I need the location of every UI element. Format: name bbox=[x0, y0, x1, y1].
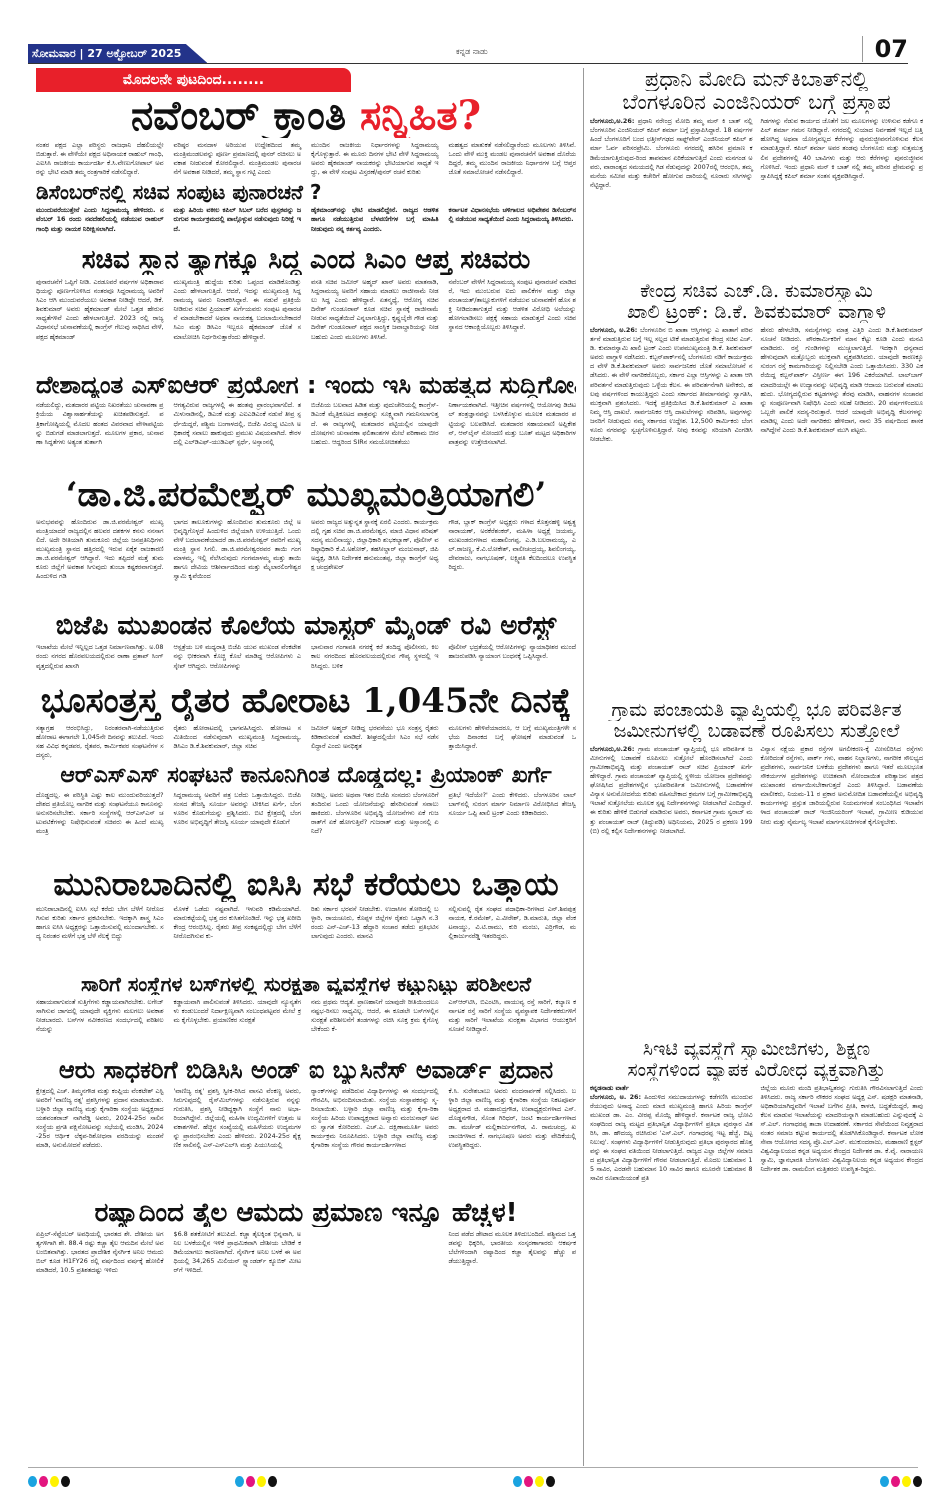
registration-marks-mid bbox=[513, 1476, 555, 1488]
article-column: ಮತ್ತು ಹಿರಿಯ ವಕೀಲ ಕಪಿಲ್ ಸಿಬಲ್ ಬರೆದ ಪುಸ್ತಕ… bbox=[174, 206, 302, 242]
article-column: ವಸತಿ ಸಚಿವ ಜಮೀರ್ ಅಹ್ಮದ್ ಖಾನ್ ಅವರು ಮಾತನಾಡಿ… bbox=[311, 278, 439, 368]
story-headline-line: ಕೇಂದ್ರ ಸಚಿವ ಎಚ್.ಡಿ. ಕುಮಾರಸ್ವಾಮಿ bbox=[590, 281, 923, 302]
story-headline-line: ಪ್ರಧಾನಿ ಮೋದಿ ಮನ್‌ಕಿಬಾತ್‌ನಲ್ಲಿ bbox=[590, 68, 923, 91]
story-parameshwar-cm: ‘ಡಾ.ಜಿ.ಪರಮೇಶ್ವರ್ ಮುಖ್ಯಮಂತ್ರಿಯಾಗಲಿ’ ಅನುಭವ… bbox=[36, 477, 576, 607]
article-column: ನಮ ಪ್ರಥಮ ಆದ್ಯತೆ. ಪ್ರಾಣಹಾನಿಗೆ ಯಾವುದೇ ರೀತಿ… bbox=[311, 998, 439, 1053]
story-dk-hdk: ಕೇಂದ್ರ ಸಚಿವ ಎಚ್.ಡಿ. ಕುಮಾರಸ್ವಾಮಿ ಖಾಲಿ ಟ್ರ… bbox=[590, 281, 923, 696]
article-column: ಹೆಸರು ಹೇಳಬೇಡಿ, ಸಮಸ್ಯೆಗಳನ್ನು ಮಾತ್ರ ಎತ್ತಿರ… bbox=[761, 326, 924, 696]
story-body: ಸತ್ಯಾಗ್ರಹ ಆರಂಭಿಸಿದ್ದು, ನಿರಂತರವಾಗಿ-ನಡೆಯುತ… bbox=[36, 724, 576, 760]
magenta-dot-icon bbox=[524, 1476, 533, 1487]
article-column: ಕ್ಷೇತ್ರದಲ್ಲಿ ಎಚ್. ತಿಮ್ಮನಗೌಡ ಮತ್ತು ಕಂಪ್ಲಿ… bbox=[36, 1087, 164, 1195]
dateline: ಬೆಂಗಳೂರು,ಅ.26: bbox=[590, 117, 634, 125]
article-column: ಜಮೀರ್ ಅಹ್ಮದ್ ನೀಡಿದ್ದ ಭರವಸೆಯು ಭೂ ಸಂತ್ರಸ್ತ… bbox=[311, 724, 439, 760]
article-column: ನಿಂದ ಪಡೆದ ಡೇಟಾದ ಮೂಲಕ ತಿಳಿದುಬಂದಿದೆ. ಪಶ್ಚಿ… bbox=[449, 1230, 577, 1312]
article-text: ಗ್ರಾಮ ಪಂಚಾಯತ್ ವ್ಯಾಪ್ತಿಯಲ್ಲಿ ಭೂ ಪರಿವರ್ತಿತ… bbox=[590, 745, 753, 835]
black-dot-icon bbox=[268, 1476, 277, 1487]
article-column: ನಿರ್ಣಾಯಕವಾಗಿದೆ. ಇತ್ತೀಚಿನ ವರ್ಷಗಳಲ್ಲಿ ಆಯೋಗ… bbox=[449, 401, 577, 473]
article-column: ಆಸ್ಪತ್ರೆಯ ಬಳಿ ಮಧ್ಯರಾತ್ರಿ ಬಿಜೆಪಿ ಯುವ ಮುಖಂ… bbox=[174, 643, 302, 679]
article-column: ನಡೆಯಲಿದ್ದು, ಮತದಾರರ ಪಟ್ಟಿಯ ನಿಖರತೆಯು ಚುನಾವ… bbox=[36, 401, 164, 473]
article-column: ಮಹತ್ವದ ಮಾತುಕತೆ ನಡೆಸಲಿದ್ದಾರೆಂದು ಮೂಲಗಳು ತಿ… bbox=[449, 141, 577, 177]
story-body: ಪುನಾರಚನೆಗೆ ಒಪ್ಪಿಗೆ ನೀಡಿ. ಎರಡೂವರೆ ವರ್ಷಗಳ … bbox=[36, 278, 576, 368]
article-column: ಹೈಕಮಾಂಡ್‌ನನ್ನು ಭೇಟಿ ಮಾಡಲಿದ್ದೇನೆ. ರಾಜ್ಯದ … bbox=[311, 206, 439, 242]
date-tab: ಸೋಮವಾರ | 27 ಅಕ್ಟೋಬರ್ 2025 bbox=[28, 44, 207, 63]
story-body: ಅನುಭವವನ್ನು ಹೊಂದಿರುವ ಡಾ.ಜಿ.ಪರಮೇಶ್ವರ್ ಮುಖ್… bbox=[36, 518, 576, 608]
yellow-dot-icon bbox=[902, 1476, 911, 1487]
article-column: ಸಿದ್ದರಾಮಯ್ಯ ಅವರಿಗೆ ಪತ್ರ ಬರೆದು ಒತ್ತಾಯಿಸಿದ… bbox=[174, 791, 302, 863]
magenta-dot-icon bbox=[891, 1476, 900, 1487]
story-minister-sacrifice: ಸಚಿವ ಸ್ಥಾನ ತ್ಯಾಗಕ್ಕೂ ಸಿದ್ಧ ಎಂದ ಸಿಎಂ ಆಪ್ತ… bbox=[36, 246, 576, 368]
story-russia-oil: ರಷ್ಯಾದಿಂದ ತೈಲ ಆಮದು ಪ್ರಮಾಣ ಇನ್ನೂ ಹೆಚ್ಚಳ! … bbox=[36, 1199, 576, 1313]
story-headline: ದೇಶಾದ್ಯಂತ ಎಸ್‌ಐಆರ್ ಪ್ರಯೋಗ : ಇಂದು ಇಸಿ ಮಹತ… bbox=[36, 372, 576, 398]
story-munirabad-icc: ಮುನಿರಾಬಾದಿನಲ್ಲಿ ಐಸಿಸಿ ಸಭೆ ಕರೆಯಲು ಒತ್ತಾಯ … bbox=[36, 867, 576, 969]
lead-headline-red: ಸನ್ನಿಹಿತ? bbox=[360, 94, 481, 138]
lead-headline: ನವೆಂಬರ್ ಕ್ರಾಂತಿ ಸನ್ನಿಹಿತ? bbox=[36, 94, 576, 138]
article-column: ಮೂಲಗಳು ಹೇಳಿವೆಯಾದರೂ, ಆ ಬಗ್ಗೆ ಮುಖ್ಯಮಂತ್ರಿಗ… bbox=[449, 724, 577, 760]
story-body: ಬೆಂಗಳೂರು, ಅ.26: ಬೆಂಗಳೂರಿನ ಬಿ ಖಾತಾ ಆಸ್ತಿಗ… bbox=[590, 326, 923, 696]
article-column: ಸಲ್ಲಿಸುವಲ್ಲಿ ರೈತ ಸಂಘದ ಪದಾಧಿಕಾ-ರಿಗಳಾದ ಎನ್… bbox=[449, 905, 577, 969]
article-text: ಹಿಂದುಳಿದ ಸಮುದಾಯಗಳನ್ನು ಕಡೆಗಣಿಸಿ ಮುಂದುವರೆಯ… bbox=[590, 1093, 753, 1183]
story-headline-line: ಬೆಂಗಳೂರಿನ ಎಂಜಿನಿಯರ್ ಬಗ್ಗೆ ಪ್ರಸ್ತಾಪ bbox=[590, 91, 923, 114]
article-column: ನವೆಂಬರ್ ವೇಳೆಗೆ ಸಿದ್ದರಾಮಯ್ಯ ಸಂಪುಟ ಪುನಾರಚನ… bbox=[449, 278, 577, 368]
article-column: ಇಲಾಖೆಯ ಮೇಲೆ ಇನ್ನಿಲ್ಲದ ಒತ್ತಡ ನಿರ್ಮಾಣವಾಗಿತ… bbox=[36, 643, 164, 679]
story-body: ಮುಂದುವರೆಯುತ್ತೇನೆ ಎಂದು ಸಿದ್ದರಾಮಯ್ಯ ಹೇಳಿದರ… bbox=[36, 206, 576, 242]
lead-headline-black: ನವೆಂಬರ್ ಕ್ರಾಂತಿ bbox=[131, 94, 346, 138]
article-column: ಸಹಾಯವಾಗುವಂತೆ ಸುತ್ತಿಗೆಗಳು ಕಡ್ಡಾಯವಾಗಿರಬೇಕು… bbox=[36, 998, 164, 1053]
story-body: ಮುನಿರಾಬಾದಿನಲ್ಲಿ ಐಸಿಸಿ ಸಭೆ ಕರೆದು ಬೇಗ ಬೆಳೆ… bbox=[36, 905, 576, 969]
article-column: ದೊಡ್ಡದಲ್ಲ. ಈ ಪರಿಸ್ಥಿತಿ ಎಷ್ಟು ಕಾಲ ಮುಂದುವರ… bbox=[36, 791, 164, 863]
article-column: ಮುನಿರಾಬಾದಿನಲ್ಲಿ ಐಸಿಸಿ ಸಭೆ ಕರೆದು ಬೇಗ ಬೆಳೆ… bbox=[36, 905, 164, 969]
story-farmers-protest: ಭೂಸಂತ್ರಸ್ತ ರೈತರ ಹೋರಾಟ 1,045ನೇ ದಿನಕ್ಕೆ ಸತ… bbox=[36, 683, 576, 759]
article-column: ಬಿಜೆಪಿಯ ಬಲವಾದ ಹಿಡಿತ ಮತ್ತು ಪುದುಚೇರಿಯಲ್ಲಿ … bbox=[311, 401, 439, 473]
article-column: ಮುಂದುವರೆಯುತ್ತೇನೆ ಎಂದು ಸಿದ್ದರಾಮಯ್ಯ ಹೇಳಿದರ… bbox=[36, 206, 164, 242]
story-body: ಕನ್ನಡನಾಡು ವಾರ್ತೆಬೆಂಗಳೂರು, ಅ. 26: ಹಿಂದುಳಿ… bbox=[590, 1084, 923, 1454]
story-rss-kharge: ಆರ್‌ಎಸ್‌ಎಸ್ ಸಂಘಟನೆ ಕಾನೂನಿಗಿಂತ ದೊಡ್ಡದಲ್ಲ:… bbox=[36, 764, 576, 863]
story-headline: ‘ಡಾ.ಜಿ.ಪರಮೇಶ್ವರ್ ಮುಖ್ಯಮಂತ್ರಿಯಾಗಲಿ’ bbox=[36, 477, 576, 514]
article-text: ಪ್ರಧಾನಿ ನರೇಂದ್ರ ಮೋದಿ ತಮ್ಮ ಮನ್ ಕಿ ಬಾತ್ ನಲ… bbox=[590, 117, 753, 189]
article-column: ರ್‍ಯಾಂಕ್‌ಗಳನ್ನು ಪಡೆದಿರುವ ವಿದ್ಯಾರ್ಥಿಗಳನ್ನ… bbox=[311, 1087, 439, 1195]
article-column: ಬೆಂಗಳೂರು,ಅ.26: ಪ್ರಧಾನಿ ನರೇಂದ್ರ ಮೋದಿ ತಮ್ಮ… bbox=[590, 117, 753, 277]
cyan-dot-icon bbox=[28, 1476, 37, 1487]
registration-marks-center bbox=[235, 1476, 277, 1488]
story-headline: ಭೂಸಂತ್ರಸ್ತ ರೈತರ ಹೋರಾಟ 1,045ನೇ ದಿನಕ್ಕೆ bbox=[36, 683, 576, 720]
story-headline: ಮುನಿರಾಬಾದಿನಲ್ಲಿ ಐಸಿಸಿ ಸಭೆ ಕರೆಯಲು ಒತ್ತಾಯ bbox=[36, 867, 576, 902]
article-column: ಮೊಳಕೆ ಒಡೆದು ನಷ್ಟವಾಗಿದೆ. ಇಳುವರಿ ಕಡಿಮೆಯಾಗಿ… bbox=[174, 905, 302, 969]
lead-body: ನಂತರ ಪಕ್ಷದ ಎಲ್ಲಾ ಪರಿಸ್ಥರು ರಾಜಧಾನಿ ದೆಹಲಿಯ… bbox=[36, 141, 576, 177]
article-column: ರಿತು ಸರ್ಕಾರ ಭರವಸೆ ನೀಡಬೇಕು. ಉದಾಸೀನ ತೋರಿದಲ… bbox=[311, 905, 439, 969]
story-headline-line: ಸಂಸ್ಥೆಗಳಿಂದ ವ್ಯಾಪಕ ವಿರೋಧ ವ್ಯಕ್ತವಾಗಿತ್ತು bbox=[590, 1060, 923, 1081]
right-column: ಪ್ರಧಾನಿ ಮೋದಿ ಮನ್‌ಕಿಬಾತ್‌ನಲ್ಲಿ ಬೆಂಗಳೂರಿನ … bbox=[583, 68, 923, 1466]
masthead: ಸೋಮವಾರ | 27 ಅಕ್ಟೋಬರ್ 2025 ಕನ್ನಡ ನಾಡು 07 bbox=[28, 44, 908, 64]
story-headline: ಡಿಸೆಂಬರ್‌ನಲ್ಲಿ ಸಚಿವ ಸಂಪುಟ ಪುನಾರಚನೆ ? bbox=[36, 181, 576, 203]
story-bus-safety: ಸಾರಿಗೆ ಸಂಸ್ಥೆಗಳ ಬಸ್‌ಗಳಲ್ಲಿ ಸುರಕ್ಷತಾ ವ್ಯವ… bbox=[36, 973, 576, 1053]
dateline: ಬೆಂಗಳೂರು, ಅ. 26: bbox=[590, 1093, 641, 1101]
paper-name: ಕನ್ನಡ ನಾಡು bbox=[456, 47, 488, 57]
article-column: 'ವಾಣಿಜ್ಯ ರತ್ನ' ಪ್ರಶಸ್ತಿ ಸ್ವೀಕ-ರಿಸಿದ ವಾಸವ… bbox=[174, 1087, 302, 1195]
article-column: ಕನ್ನಡನಾಡು ವಾರ್ತೆಬೆಂಗಳೂರು, ಅ. 26: ಹಿಂದುಳಿ… bbox=[590, 1084, 753, 1454]
article-column: ವಿನ್ಯಾಸ ನಕ್ಷೆಯ ಪ್ರಕಾರ ರಸ್ತೆಗಳ ಅಗಲೀಕರಣ-ಕ್… bbox=[761, 745, 924, 1035]
registration-marks-left bbox=[28, 1476, 70, 1488]
story-body: ದೊಡ್ಡದಲ್ಲ. ಈ ಪರಿಸ್ಥಿತಿ ಎಷ್ಟು ಕಾಲ ಮುಂದುವರ… bbox=[36, 791, 576, 863]
lead-story: ನವೆಂಬರ್ ಕ್ರಾಂತಿ ಸನ್ನಿಹಿತ? ನಂತರ ಪಕ್ಷದ ಎಲ್… bbox=[36, 94, 576, 177]
registration-marks-right bbox=[880, 1476, 922, 1488]
story-headline: ರಷ್ಯಾದಿಂದ ತೈಲ ಆಮದು ಪ್ರಮಾಣ ಇನ್ನೂ ಹೆಚ್ಚಳ! bbox=[36, 1199, 576, 1228]
article-column: ಬೆಂಗಳೂರು, ಅ.26: ಬೆಂಗಳೂರಿನ ಬಿ ಖಾತಾ ಆಸ್ತಿಗ… bbox=[590, 326, 753, 696]
article-column: ಗೌಡ, ಬ್ಲಾಕ್ ಕಾಂಗ್ರೆಸ್ ಅಧ್ಯಕ್ಷರು ಗಳಾದ ಕೊತ… bbox=[449, 518, 577, 608]
story-headline: ಬಿಜೆಪಿ ಮುಖಂಡನ ಕೊಲೆಯ ಮಾಸ್ಟರ್ ಮೈಂಡ್ ರವಿ ಅರ… bbox=[36, 612, 576, 641]
story-headline: ಸಚಿವ ಸ್ಥಾನ ತ್ಯಾಗಕ್ಕೂ ಸಿದ್ಧ ಎಂದ ಸಿಎಂ ಆಪ್ತ… bbox=[36, 246, 576, 275]
cyan-dot-icon bbox=[880, 1476, 889, 1487]
story-headline-line: ಖಾಲಿ ಟ್ರಂಕ್: ಡಿ.ಕೆ. ಶಿವಕುಮಾರ್ ವಾಗ್ದಾಳಿ bbox=[590, 302, 923, 323]
story-sir-press-meet: ದೇಶಾದ್ಯಂತ ಎಸ್‌ಐಆರ್ ಪ್ರಯೋಗ : ಇಂದು ಇಸಿ ಮಹತ… bbox=[36, 372, 576, 473]
page-number: 07 bbox=[862, 36, 908, 62]
article-column: ಸತ್ಯಾಗ್ರಹ ಆರಂಭಿಸಿದ್ದು, ನಿರಂತರವಾಗಿ-ನಡೆಯುತ… bbox=[36, 724, 164, 760]
story-headline: ಸಾರಿಗೆ ಸಂಸ್ಥೆಗಳ ಬಸ್‌ಗಳಲ್ಲಿ ಸುರಕ್ಷತಾ ವ್ಯವ… bbox=[36, 973, 576, 995]
article-column: ಭಾಗದ ತಾಲೂಕುಗಳನ್ನು ಹೊಂದಿರುವ ತುಮಕೂರು ಜಿಲ್ಲ… bbox=[174, 518, 302, 608]
article-column: ಗಿಡಗಳನ್ನು ನೆಡುವ ಕಾರ್ಯದ ಜೊತೆಗೆ ಜಲ ಮೂಲಗಳನ್… bbox=[761, 117, 924, 277]
black-dot-icon bbox=[61, 1476, 70, 1487]
magenta-dot-icon bbox=[246, 1476, 255, 1487]
story-body: ಏಪ್ರಿಲ್-ಸೆಪ್ಟೆಂಬರ್ ಅವಧಿಯಲ್ಲಿ ಭಾರತದ ಶೇ. ದ… bbox=[36, 1230, 576, 1312]
continued-banner: ಮೊದಲನೇ ಪುಟದಿಂದ........ bbox=[36, 68, 351, 92]
story-body: ನಡೆಯಲಿದ್ದು, ಮತದಾರರ ಪಟ್ಟಿಯ ನಿಖರತೆಯು ಚುನಾವ… bbox=[36, 401, 576, 473]
article-column: ರೈತರು ಹೋರಾಟದಲ್ಲಿ ಭಾಗವಹಿಸಿದ್ದರು. ಹೋರಾಟ ಸಮ… bbox=[174, 724, 302, 760]
yellow-dot-icon bbox=[50, 1476, 59, 1487]
story-headline: ಆರ್‌ಎಸ್‌ಎಸ್ ಸಂಘಟನೆ ಕಾನೂನಿಗಿಂತ ದೊಡ್ಡದಲ್ಲ:… bbox=[36, 764, 576, 788]
article-column: ಮುಂದಿನ ರಾಜಕೀಯ ನಿರ್ಧಾರಗಳನ್ನು ಸಿದ್ದರಾಮಯ್ಯ … bbox=[311, 141, 439, 177]
story-cet-opposition: ಸಿಇಟಿ ವ್ಯವಸ್ಥೆಗೆ ಸ್ವಾಮೀಜಿಗಳು, ಶಿಕ್ಷಣ ಸಂಸ… bbox=[590, 1039, 923, 1454]
article-column: ಮುಖ್ಯಮಂತ್ರಿ ಹುದ್ದೆಯ ಕುರಿತು ಒಪ್ಪಂದ ಮಾಡಿಕೊ… bbox=[174, 278, 302, 368]
article-column: ಪೊಲೀಸ್ ಭದ್ರತೆಯಲ್ಲಿ ಆರೋಪಿಗಳನ್ನು ನ್ಯಾಯಾಧೀಶ… bbox=[449, 643, 577, 679]
left-column: ಮೊದಲನೇ ಪುಟದಿಂದ........ ನವೆಂಬರ್ ಕ್ರಾಂತಿ ಸ… bbox=[36, 68, 576, 1316]
black-dot-icon bbox=[546, 1476, 555, 1487]
black-dot-icon bbox=[913, 1476, 922, 1487]
cyan-dot-icon bbox=[513, 1476, 522, 1487]
story-body: ಬೆಂಗಳೂರು,ಅ.26: ಗ್ರಾಮ ಪಂಚಾಯತ್ ವ್ಯಾಪ್ತಿಯಲ್… bbox=[590, 745, 923, 1035]
article-column: ಆಗತ್ಯವಿರುವ ರಾಜ್ಯಗಳಲ್ಲಿ ಈ ಹಂತವು ಪ್ರಾರಂಭವಾ… bbox=[174, 401, 302, 473]
article-column: ಕೆ.ಸಿ. ಸುರೇಶಬಾಬು ಅವರು ವಂದನಾರ್ಪಣೆ ಸಲ್ಲಿಸಿ… bbox=[449, 1087, 577, 1195]
article-column: ನಂತರ ಪಕ್ಷದ ಎಲ್ಲಾ ಪರಿಸ್ಥರು ರಾಜಧಾನಿ ದೆಹಲಿಯ… bbox=[36, 141, 164, 177]
yellow-dot-icon bbox=[257, 1476, 266, 1487]
byline: ಕನ್ನಡನಾಡು ವಾರ್ತೆ bbox=[590, 1084, 629, 1092]
article-column: ಅನುಭವವನ್ನು ಹೊಂದಿರುವ ಡಾ.ಜಿ.ಪರಮೇಶ್ವರ್ ಮುಖ್… bbox=[36, 518, 164, 608]
story-body: ಕ್ಷೇತ್ರದಲ್ಲಿ ಎಚ್. ತಿಮ್ಮನಗೌಡ ಮತ್ತು ಕಂಪ್ಲಿ… bbox=[36, 1087, 576, 1195]
article-column: ವರಿಷ್ಠರ ಮನದಾಳ ಅರಿಯುವ ಉದ್ದೇಶದಿಂದ ತಮ್ಮ ಮಂತ… bbox=[174, 141, 302, 177]
yellow-dot-icon bbox=[535, 1476, 544, 1487]
article-column: ಪ್ರತಿಭೆ ಇದೆಯೇ?' ಎಂದು ಕೇಳಿದರು. ಬೆಂಗಳೂರಿನ … bbox=[449, 791, 577, 863]
article-column: ಎಸ್‌ಆರ್‌ಟಿಸಿ, ಬಿಎಂಟಿಸಿ, ವಾಯುವ್ಯ ರಸ್ತೆ ಸಾ… bbox=[449, 998, 577, 1053]
article-column: ಪುನಾರಚನೆಗೆ ಒಪ್ಪಿಗೆ ನೀಡಿ. ಎರಡೂವರೆ ವರ್ಷಗಳ … bbox=[36, 278, 164, 368]
magenta-dot-icon bbox=[39, 1476, 48, 1487]
article-column: ಕಡ್ಡಾಯವಾಗಿ ಪಾಲಿಸುವಂತೆ ತಿಳಿಸಿದರು. ಯಾವುದೇ … bbox=[174, 998, 302, 1053]
story-bjp-murder-arrest: ಬಿಜೆಪಿ ಮುಖಂಡನ ಕೊಲೆಯ ಮಾಸ್ಟರ್ ಮೈಂಡ್ ರವಿ ಅರ… bbox=[36, 612, 576, 680]
story-body: ಸಹಾಯವಾಗುವಂತೆ ಸುತ್ತಿಗೆಗಳು ಕಡ್ಡಾಯವಾಗಿರಬೇಕು… bbox=[36, 998, 576, 1053]
story-gram-panchayat: ಗ್ರಾಮ ಪಂಚಾಯತಿ ವ್ಯಾಪ್ತಿಯಲ್ಲಿ ಭೂ ಪರಿವರ್ತಿತ… bbox=[590, 700, 923, 1035]
story-mann-ki-baat: ಪ್ರಧಾನಿ ಮೋದಿ ಮನ್‌ಕಿಬಾತ್‌ನಲ್ಲಿ ಬೆಂಗಳೂರಿನ … bbox=[590, 68, 923, 277]
article-column: ಅವರು ರಾಜ್ಯದ ಅತ್ಯುನ್ನತ ಸ್ಥಾನಕ್ಕೆ ಏರಲಿ ಎಂದ… bbox=[311, 518, 439, 608]
dateline: ಬೆಂಗಳೂರು,ಅ.26: bbox=[590, 745, 634, 753]
story-headline-line: ಗ್ರಾಮ ಪಂಚಾಯತಿ ವ್ಯಾಪ್ತಿಯಲ್ಲಿ ಭೂ ಪರಿವರ್ತಿತ bbox=[590, 700, 923, 721]
bottom-rule bbox=[28, 1467, 918, 1468]
story-business-award: ಆರು ಸಾಧಕರಿಗೆ ಬಿಡಿಸಿಸಿ ಅಂಡ್ ಐ ಬ್ಯುಸಿನೆಸ್ … bbox=[36, 1057, 576, 1194]
story-headline: ಆರು ಸಾಧಕರಿಗೆ ಬಿಡಿಸಿಸಿ ಅಂಡ್ ಐ ಬ್ಯುಸಿನೆಸ್ … bbox=[36, 1057, 576, 1083]
article-text: ಬೆಂಗಳೂರಿನ ಬಿ ಖಾತಾ ಆಸ್ತಿಗಳನ್ನು ಎ ಖಾತಾಗೆ ಪ… bbox=[590, 326, 753, 443]
story-body: ಇಲಾಖೆಯ ಮೇಲೆ ಇನ್ನಿಲ್ಲದ ಒತ್ತಡ ನಿರ್ಮಾಣವಾಗಿತ… bbox=[36, 643, 576, 679]
article-column bbox=[311, 1230, 439, 1312]
article-column: ಭಾನುವಾರ ಗಂಗಾವತಿ ನಗರಕ್ಕೆ ಕರೆ ತಂದಿದ್ದ ಪೊಲೀ… bbox=[311, 643, 439, 679]
article-column: $6.8 ಶತಕೋಟಿಗೆ ತಲುಪಿದೆ. ಕಚ್ಚಾ ತೈಲಕ್ಕಿಂತ ಭ… bbox=[174, 1230, 302, 1312]
article-column: ಜಿಲ್ಲೆಯ ಮೂರು ಮಂದಿ ಪ್ರತಿಭಾನ್ವಿತರನ್ನು ಗುರು… bbox=[761, 1084, 924, 1454]
article-column: ಏಪ್ರಿಲ್-ಸೆಪ್ಟೆಂಬರ್ ಅವಧಿಯಲ್ಲಿ ಭಾರತದ ಶೇ. ದ… bbox=[36, 1230, 164, 1312]
article-column: ನೀಡಿಲ್ಲ. ಅವರು ಅಥವಾ ಇತರ ಬಿಜೆಪಿ ಸಂಸದರು ಬೆಂ… bbox=[311, 791, 439, 863]
story-headline-line: ಜಮೀನುಗಳಲ್ಲಿ ಬಡಾವಣೆ ರೂಪಿಸಲು ಸುತ್ತೋಲೆ bbox=[590, 721, 923, 742]
article-column: ಕರ್ನಾಟಕ ವಿಧಾನಸಭೆಯ ಚಳಿಗಾಲದ ಅಧಿವೇಶನ ಡಿಸೆಂಬ… bbox=[449, 206, 577, 242]
story-headline-line: ಸಿಇಟಿ ವ್ಯವಸ್ಥೆಗೆ ಸ್ವಾಮೀಜಿಗಳು, ಶಿಕ್ಷಣ bbox=[590, 1039, 923, 1060]
story-body: ಬೆಂಗಳೂರು,ಅ.26: ಪ್ರಧಾನಿ ನರೇಂದ್ರ ಮೋದಿ ತಮ್ಮ… bbox=[590, 117, 923, 277]
story-cabinet-reshuffle: ಡಿಸೆಂಬರ್‌ನಲ್ಲಿ ಸಚಿವ ಸಂಪುಟ ಪುನಾರಚನೆ ? ಮುಂ… bbox=[36, 181, 576, 242]
article-column: ಬೆಂಗಳೂರು,ಅ.26: ಗ್ರಾಮ ಪಂಚಾಯತ್ ವ್ಯಾಪ್ತಿಯಲ್… bbox=[590, 745, 753, 1035]
cyan-dot-icon bbox=[235, 1476, 244, 1487]
dateline: ಬೆಂಗಳೂರು, ಅ.26: bbox=[590, 326, 637, 334]
